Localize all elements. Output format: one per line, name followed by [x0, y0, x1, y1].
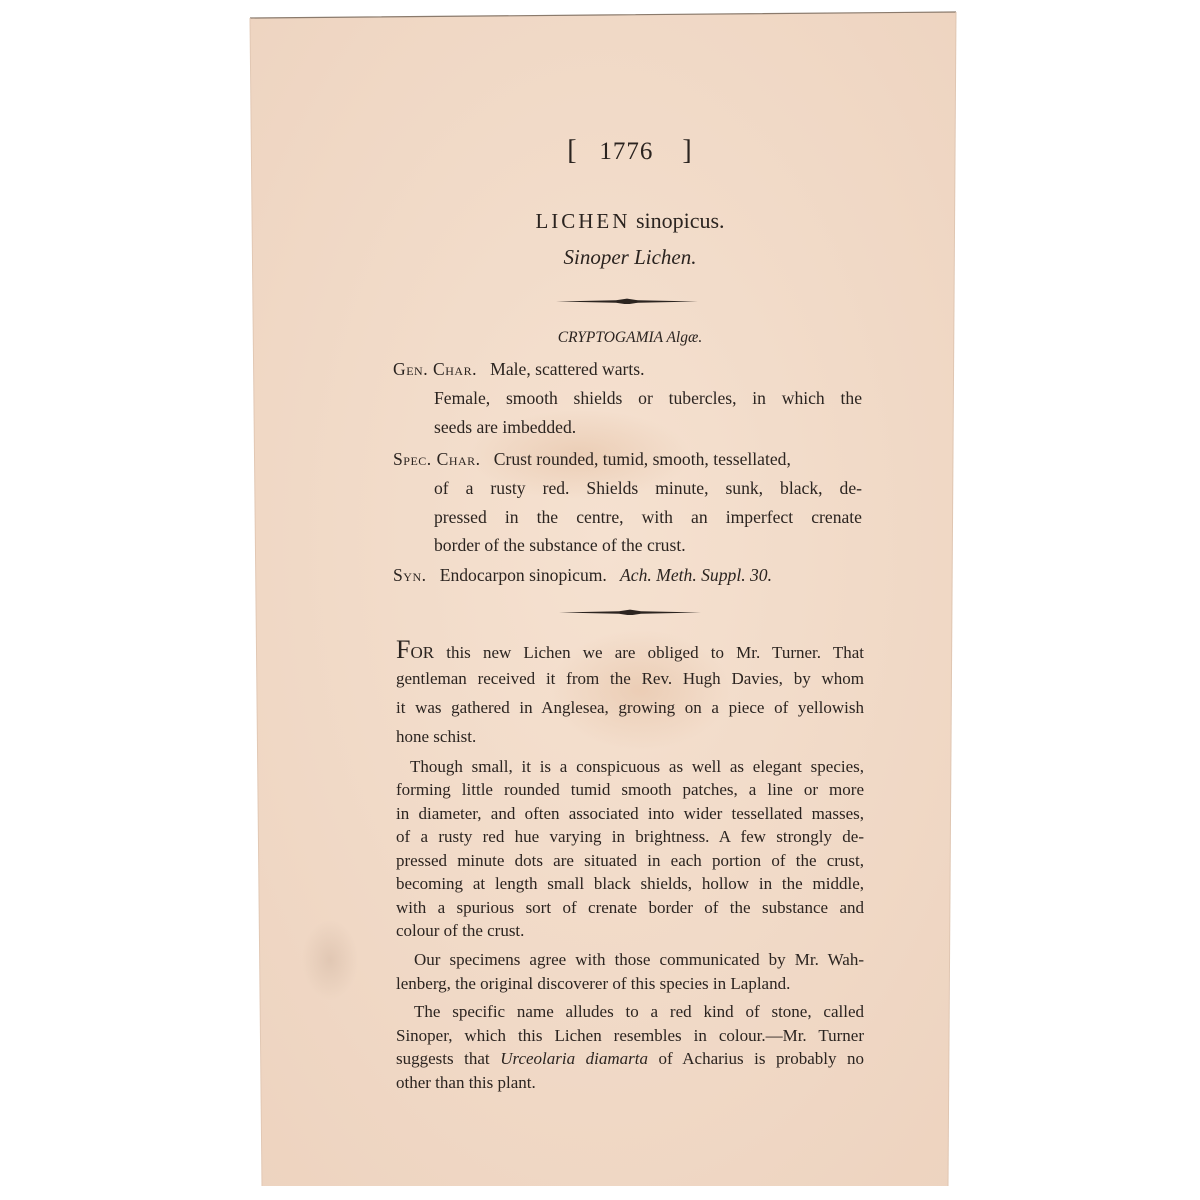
paragraph-2-line-7: with a spurious sort of crenate border o…	[396, 896, 864, 920]
species-name: sinopicus.	[636, 208, 725, 233]
gen-char-line-3: seeds are imbedded.	[434, 414, 576, 440]
ornamental-rule-top	[556, 298, 698, 304]
paragraph-2-line-4: of a rusty red hue varying in brightness…	[396, 825, 864, 849]
paragraph-2-line-8: colour of the crust.	[396, 919, 524, 943]
gen-char-line-1: Gen. Char. Male, scattered warts.	[393, 356, 645, 382]
spec-char-line-2: of a rusty red. Shields minute, sunk, bl…	[434, 475, 862, 501]
paragraph-2-line-6: becoming at length small black shields, …	[396, 872, 864, 896]
class-name: CRYPTOGAMIA	[558, 329, 663, 346]
paragraph-1-line-3: it was gathered in Anglesea, growing on …	[396, 696, 864, 720]
spec-char-label: Spec. Char.	[393, 449, 481, 469]
common-name: Sinoper Lichen.	[430, 245, 830, 270]
paragraph-4-line-2: Sinoper, which this Lichen resembles in …	[396, 1024, 864, 1048]
paragraph-4-line-1: The specific name alludes to a red kind …	[414, 1000, 864, 1024]
paragraph-4-line-3: suggests that Urceolaria diamarta of Ach…	[396, 1047, 864, 1071]
gen-char-label: Gen. Char.	[393, 359, 477, 379]
spec-char-line-3: pressed in the centre, with an imperfect…	[434, 504, 862, 530]
page-number-header: [ 1776 ]	[530, 135, 730, 167]
syn-reference: Ach. Meth. Suppl. 30.	[620, 565, 772, 585]
paragraph-1-text-1: this new Lichen we are obliged to Mr. Tu…	[434, 643, 864, 662]
paragraph-3-line-2: lenberg, the original discoverer of this…	[396, 972, 790, 996]
gen-char-line-2: Female, smooth shields or tubercles, in …	[434, 385, 862, 411]
species-title: LICHEN sinopicus.	[430, 208, 830, 234]
spec-char-line-4: border of the substance of the crust.	[434, 532, 686, 558]
paragraph-2-line-5: pressed minute dots are situated in each…	[396, 849, 864, 873]
drop-cap: F	[396, 635, 410, 664]
first-word-rest: OR	[410, 643, 434, 662]
bracket-open: [	[567, 135, 577, 166]
page-number: 1776	[599, 138, 653, 165]
paragraph-2-line-2: forming little rounded tumid smooth patc…	[396, 778, 864, 802]
bracket-close: ]	[682, 135, 692, 166]
paragraph-3-line-1: Our specimens agree with those communica…	[414, 948, 864, 972]
syn-line: Syn. Endocarpon sinopicum. Ach. Meth. Su…	[393, 562, 772, 588]
paragraph-4-line-4: other than this plant.	[396, 1071, 536, 1095]
classification-line: CRYPTOGAMIA Algæ.	[430, 329, 830, 347]
paragraph-1-line-4: hone schist.	[396, 725, 476, 749]
paragraph-1-line-2: gentleman received it from the Rev. Hugh…	[396, 667, 864, 691]
paragraph-4-line-3-after: of Acharius is probably no	[648, 1049, 864, 1068]
gen-char-text-1: Male, scattered warts.	[490, 359, 644, 379]
paragraph-2-line-3: in diameter, and often associated into w…	[396, 802, 864, 826]
syn-name: Endocarpon sinopicum.	[440, 565, 607, 585]
spec-char-line-1: Spec. Char. Crust rounded, tumid, smooth…	[393, 446, 862, 472]
paragraph-1-line-1: FOR this new Lichen we are obliged to Mr…	[396, 638, 864, 665]
ornamental-rule-bottom	[559, 609, 701, 615]
syn-label: Syn.	[393, 565, 427, 585]
paragraph-4-line-3-before: suggests that	[396, 1049, 500, 1068]
spec-char-text-1: Crust rounded, tumid, smooth, tessellate…	[494, 449, 791, 469]
paragraph-2-line-1: Though small, it is a conspicuous as wel…	[410, 755, 864, 779]
order-name: Algæ.	[666, 329, 702, 346]
genus-name: LICHEN	[535, 209, 630, 233]
scanned-page: [ 1776 ] LICHEN sinopicus. Sinoper Liche…	[0, 0, 1200, 1200]
species-reference-italic: Urceolaria diamarta	[500, 1049, 648, 1068]
